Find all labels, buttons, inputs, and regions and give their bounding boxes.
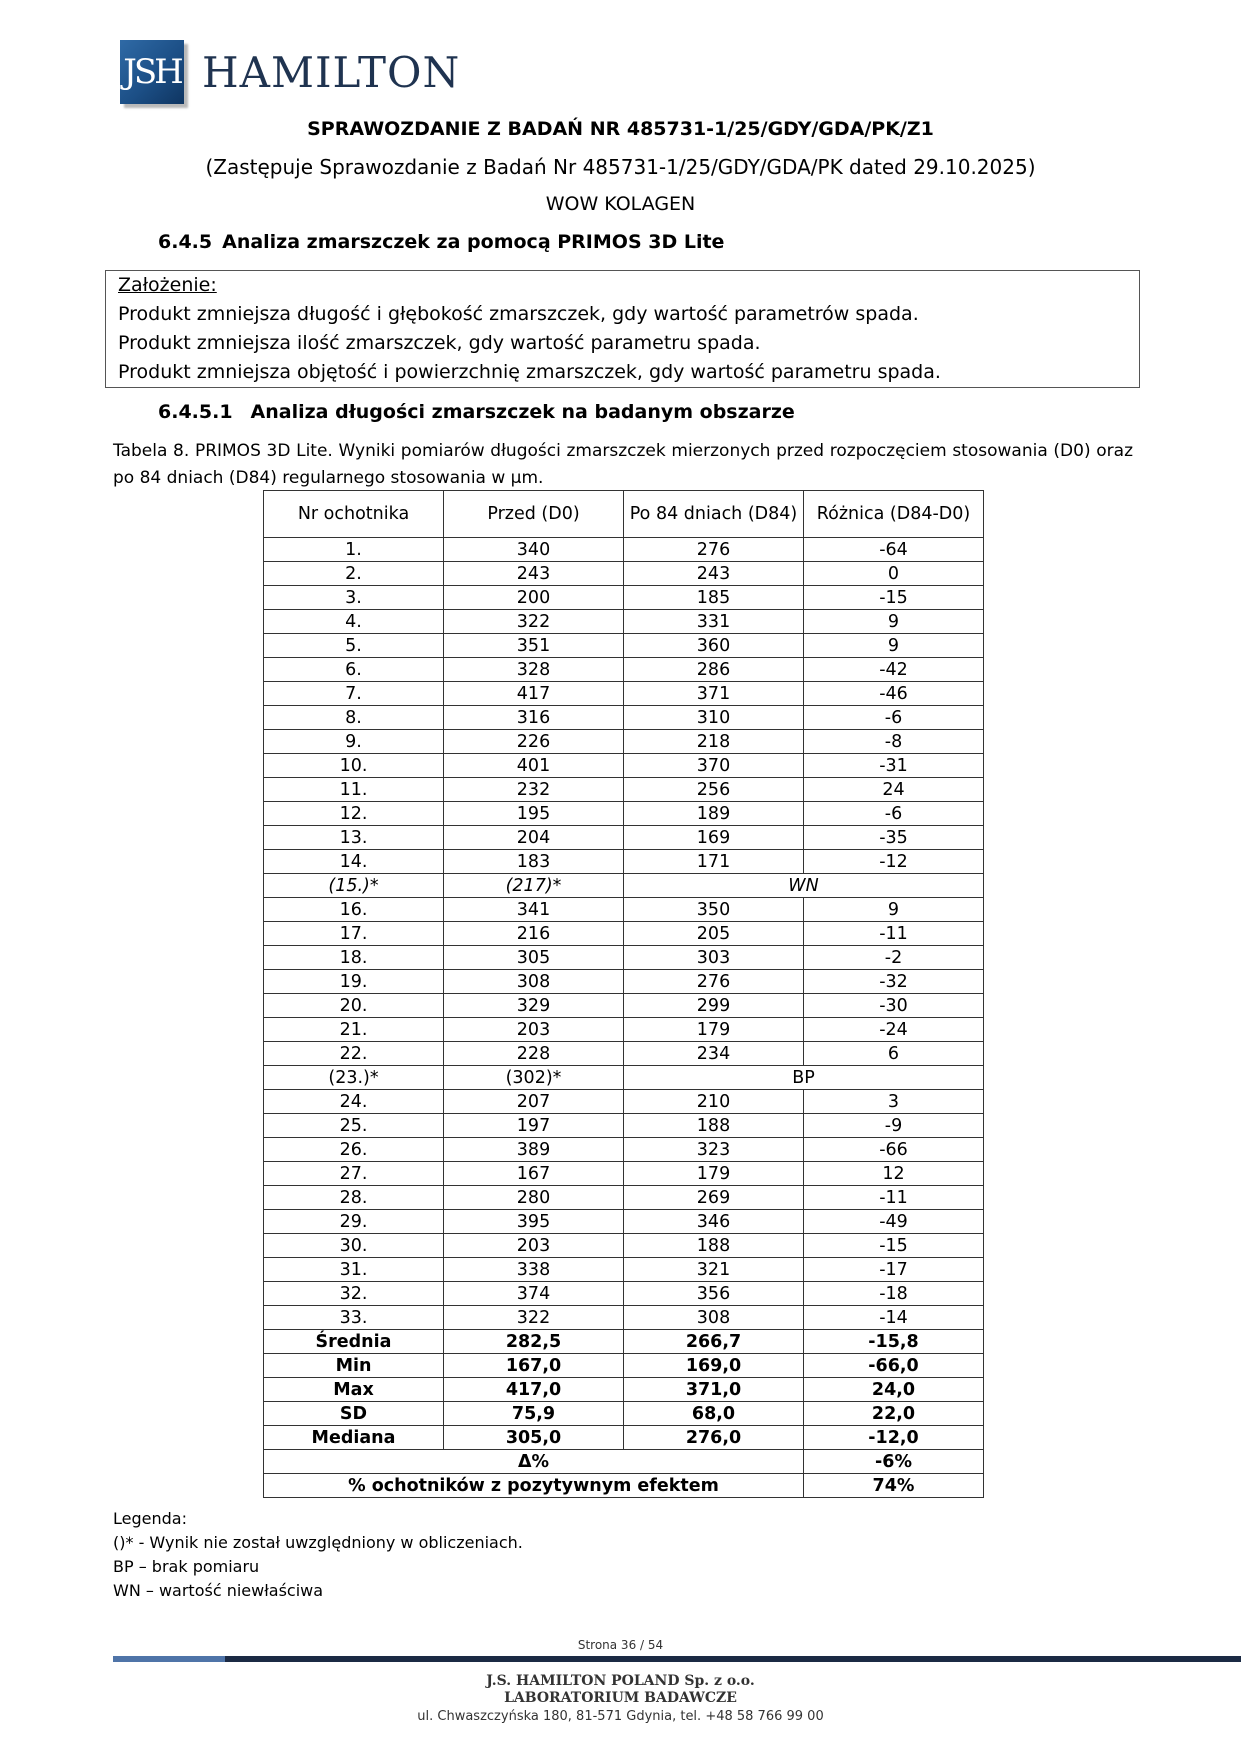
table-cell: 17. xyxy=(264,922,444,946)
table-cell: 269 xyxy=(624,1186,804,1210)
table-cell: 3 xyxy=(804,1090,984,1114)
table-cell: 299 xyxy=(624,994,804,1018)
table-row: 18.305303-2 xyxy=(264,946,984,970)
table-cell: -6 xyxy=(804,802,984,826)
table-row: 1.340276-64 xyxy=(264,538,984,562)
table-cell: 303 xyxy=(624,946,804,970)
logo-name: HAMILTON xyxy=(202,48,460,97)
table-cell: 1. xyxy=(264,538,444,562)
table-cell: 21. xyxy=(264,1018,444,1042)
table-row: 26.389323-66 xyxy=(264,1138,984,1162)
table-row: (23.)*(302)*BP xyxy=(264,1066,984,1090)
table-row: 14.183171-12 xyxy=(264,850,984,874)
table-cell: 12 xyxy=(804,1162,984,1186)
table-cell: 188 xyxy=(624,1114,804,1138)
stats-row: Min167,0169,0-66,0 xyxy=(264,1354,984,1378)
table-cell: -15 xyxy=(804,1234,984,1258)
table-row: 11.23225624 xyxy=(264,778,984,802)
table-cell: 188 xyxy=(624,1234,804,1258)
column-header: Przed (D0) xyxy=(444,491,624,538)
table-row: 24.2072103 xyxy=(264,1090,984,1114)
table-row: 30.203188-15 xyxy=(264,1234,984,1258)
table-cell: -18 xyxy=(804,1282,984,1306)
column-header: Nr ochotnika xyxy=(264,491,444,538)
table-cell: 340 xyxy=(444,538,624,562)
table-cell: 18. xyxy=(264,946,444,970)
table-cell: 197 xyxy=(444,1114,624,1138)
table-cell: -66 xyxy=(804,1138,984,1162)
table-row: 7.417371-46 xyxy=(264,682,984,706)
table-row: 2.2432430 xyxy=(264,562,984,586)
positive-effect-row: % ochotników z pozytywnym efektem74% xyxy=(264,1474,984,1498)
stats-cell: 417,0 xyxy=(444,1378,624,1402)
assumption-label: Założenie: xyxy=(118,271,1139,300)
table-cell: -14 xyxy=(804,1306,984,1330)
table-row: 25.197188-9 xyxy=(264,1114,984,1138)
assumption-line: Produkt zmniejsza objętość i powierzchni… xyxy=(118,358,1139,387)
table-cell: 338 xyxy=(444,1258,624,1282)
table-cell: 371 xyxy=(624,682,804,706)
table-cell: 350 xyxy=(624,898,804,922)
table-row: 13.204169-35 xyxy=(264,826,984,850)
report-title: SPRAWOZDANIE Z BADAŃ NR 485731-1/25/GDY/… xyxy=(0,118,1241,140)
table-cell: 210 xyxy=(624,1090,804,1114)
table-cell: 389 xyxy=(444,1138,624,1162)
table-cell: (217)* xyxy=(444,874,624,898)
table-cell: (23.)* xyxy=(264,1066,444,1090)
table-cell: 167 xyxy=(444,1162,624,1186)
stats-row: SD75,968,022,0 xyxy=(264,1402,984,1426)
table-cell: 0 xyxy=(804,562,984,586)
section-number: 6.4.5 xyxy=(158,231,212,253)
table-cell: 185 xyxy=(624,586,804,610)
stats-cell: SD xyxy=(264,1402,444,1426)
table-cell: 9 xyxy=(804,634,984,658)
subsection-title: Analiza długości zmarszczek na badanym o… xyxy=(251,401,795,423)
positive-effect-row-value: 74% xyxy=(804,1474,984,1498)
product-name: WOW KOLAGEN xyxy=(0,193,1241,215)
table-cell: -11 xyxy=(804,1186,984,1210)
table-row: 8.316310-6 xyxy=(264,706,984,730)
table-cell: 11. xyxy=(264,778,444,802)
table-cell: -9 xyxy=(804,1114,984,1138)
table-row: 19.308276-32 xyxy=(264,970,984,994)
table-cell: 9 xyxy=(804,898,984,922)
table-cell: (302)* xyxy=(444,1066,624,1090)
table-cell: 228 xyxy=(444,1042,624,1066)
excluded-note-cell: WN xyxy=(624,874,984,898)
table-cell: 12. xyxy=(264,802,444,826)
table-row: 32.374356-18 xyxy=(264,1282,984,1306)
table-cell: 370 xyxy=(624,754,804,778)
table-cell: -11 xyxy=(804,922,984,946)
table-row: 6.328286-42 xyxy=(264,658,984,682)
table-cell: 24 xyxy=(804,778,984,802)
table-cell: 346 xyxy=(624,1210,804,1234)
table-cell: 5. xyxy=(264,634,444,658)
table-cell: 232 xyxy=(444,778,624,802)
table-cell: 183 xyxy=(444,850,624,874)
table-cell: 22. xyxy=(264,1042,444,1066)
table-cell: 305 xyxy=(444,946,624,970)
table-cell: -42 xyxy=(804,658,984,682)
lab-name: LABORATORIUM BADAWCZE xyxy=(0,1690,1241,1707)
stats-cell: 22,0 xyxy=(804,1402,984,1426)
stats-cell: -66,0 xyxy=(804,1354,984,1378)
table-row: (15.)*(217)*WN xyxy=(264,874,984,898)
table-cell: -32 xyxy=(804,970,984,994)
legend: Legenda: ()* - Wynik nie został uwzględn… xyxy=(113,1507,523,1603)
table-cell: 195 xyxy=(444,802,624,826)
table-cell: 322 xyxy=(444,1306,624,1330)
table-cell: 3. xyxy=(264,586,444,610)
stats-cell: 276,0 xyxy=(624,1426,804,1450)
footer-divider xyxy=(113,1656,1241,1662)
table-cell: 360 xyxy=(624,634,804,658)
table-cell: 9. xyxy=(264,730,444,754)
stats-cell: 371,0 xyxy=(624,1378,804,1402)
table-row: 4.3223319 xyxy=(264,610,984,634)
table-cell: 2. xyxy=(264,562,444,586)
table-cell: 321 xyxy=(624,1258,804,1282)
table-cell: -12 xyxy=(804,850,984,874)
table-row: 17.216205-11 xyxy=(264,922,984,946)
table-cell: 14. xyxy=(264,850,444,874)
table-cell: 7. xyxy=(264,682,444,706)
assumption-box: Założenie: Produkt zmniejsza długość i g… xyxy=(105,270,1140,388)
assumption-line: Produkt zmniejsza długość i głębokość zm… xyxy=(118,300,1139,329)
table-cell: 6 xyxy=(804,1042,984,1066)
table-cell: 276 xyxy=(624,538,804,562)
table-cell: 243 xyxy=(444,562,624,586)
column-header: Po 84 dniach (D84) xyxy=(624,491,804,538)
table-cell: -35 xyxy=(804,826,984,850)
table-cell: 218 xyxy=(624,730,804,754)
delta-row-label: Δ% xyxy=(264,1450,804,1474)
table-row: 29.395346-49 xyxy=(264,1210,984,1234)
section-heading: 6.4.5Analiza zmarszczek za pomocą PRIMOS… xyxy=(158,231,724,253)
excluded-note-cell: BP xyxy=(624,1066,984,1090)
table-row: 12.195189-6 xyxy=(264,802,984,826)
table-cell: (15.)* xyxy=(264,874,444,898)
table-cell: 276 xyxy=(624,970,804,994)
table-cell: 169 xyxy=(624,826,804,850)
stats-cell: Mediana xyxy=(264,1426,444,1450)
footer-divider-accent xyxy=(113,1656,225,1662)
table-cell: 26. xyxy=(264,1138,444,1162)
table-row: 21.203179-24 xyxy=(264,1018,984,1042)
table-row: 20.329299-30 xyxy=(264,994,984,1018)
table-row: 28.280269-11 xyxy=(264,1186,984,1210)
table-cell: 200 xyxy=(444,586,624,610)
stats-cell: 167,0 xyxy=(444,1354,624,1378)
stats-cell: -15,8 xyxy=(804,1330,984,1354)
table-cell: -15 xyxy=(804,586,984,610)
table-cell: 8. xyxy=(264,706,444,730)
table-cell: 395 xyxy=(444,1210,624,1234)
table-cell: 24. xyxy=(264,1090,444,1114)
delta-row-value: -6% xyxy=(804,1450,984,1474)
table-cell: 256 xyxy=(624,778,804,802)
company-logo: JSH HAMILTON xyxy=(120,40,460,104)
stats-cell: Min xyxy=(264,1354,444,1378)
table-cell: -30 xyxy=(804,994,984,1018)
delta-row: Δ%-6% xyxy=(264,1450,984,1474)
table-cell: 30. xyxy=(264,1234,444,1258)
table-cell: 401 xyxy=(444,754,624,778)
table-cell: 33. xyxy=(264,1306,444,1330)
legend-item: WN – wartość niewłaściwa xyxy=(113,1579,523,1603)
table-row: 27.16717912 xyxy=(264,1162,984,1186)
section-title: Analiza zmarszczek za pomocą PRIMOS 3D L… xyxy=(222,231,724,253)
table-header-row: Nr ochotnika Przed (D0) Po 84 dniach (D8… xyxy=(264,491,984,538)
company-name: J.S. HAMILTON POLAND Sp. z o.o. xyxy=(0,1673,1241,1690)
subsection-number: 6.4.5.1 xyxy=(158,401,233,423)
legend-item: BP – brak pomiaru xyxy=(113,1555,523,1579)
table-cell: 316 xyxy=(444,706,624,730)
table-cell: -6 xyxy=(804,706,984,730)
table-cell: 308 xyxy=(624,1306,804,1330)
stats-cell: Średnia xyxy=(264,1330,444,1354)
table-cell: 286 xyxy=(624,658,804,682)
table-cell: 10. xyxy=(264,754,444,778)
results-table: Nr ochotnika Przed (D0) Po 84 dniach (D8… xyxy=(263,490,984,1498)
table-cell: 29. xyxy=(264,1210,444,1234)
table-cell: -2 xyxy=(804,946,984,970)
table-cell: 356 xyxy=(624,1282,804,1306)
footer-company: J.S. HAMILTON POLAND Sp. z o.o. LABORATO… xyxy=(0,1673,1241,1707)
table-cell: 310 xyxy=(624,706,804,730)
logo-mark: JSH xyxy=(120,40,184,104)
table-cell: 31. xyxy=(264,1258,444,1282)
table-cell: -17 xyxy=(804,1258,984,1282)
table-cell: 13. xyxy=(264,826,444,850)
table-row: 31.338321-17 xyxy=(264,1258,984,1282)
table-cell: 341 xyxy=(444,898,624,922)
stats-cell: 68,0 xyxy=(624,1402,804,1426)
stats-row: Max417,0371,024,0 xyxy=(264,1378,984,1402)
stats-cell: 282,5 xyxy=(444,1330,624,1354)
legend-item: ()* - Wynik nie został uwzględniony w ob… xyxy=(113,1531,523,1555)
stats-cell: 24,0 xyxy=(804,1378,984,1402)
table-cell: 19. xyxy=(264,970,444,994)
table-cell: -49 xyxy=(804,1210,984,1234)
stats-cell: 75,9 xyxy=(444,1402,624,1426)
stats-cell: -12,0 xyxy=(804,1426,984,1450)
table-cell: 374 xyxy=(444,1282,624,1306)
table-cell: 189 xyxy=(624,802,804,826)
table-cell: 204 xyxy=(444,826,624,850)
table-cell: 322 xyxy=(444,610,624,634)
table-cell: 234 xyxy=(624,1042,804,1066)
stats-cell: 305,0 xyxy=(444,1426,624,1450)
table-cell: 331 xyxy=(624,610,804,634)
table-row: 33.322308-14 xyxy=(264,1306,984,1330)
footer-address: ul. Chwaszczyńska 180, 81-571 Gdynia, te… xyxy=(0,1709,1241,1724)
table-cell: 328 xyxy=(444,658,624,682)
stats-row: Mediana305,0276,0-12,0 xyxy=(264,1426,984,1450)
table-cell: -31 xyxy=(804,754,984,778)
table-cell: 329 xyxy=(444,994,624,1018)
table-cell: 280 xyxy=(444,1186,624,1210)
table-cell: 203 xyxy=(444,1018,624,1042)
table-cell: 226 xyxy=(444,730,624,754)
table-row: 16.3413509 xyxy=(264,898,984,922)
table-cell: 179 xyxy=(624,1018,804,1042)
table-cell: 207 xyxy=(444,1090,624,1114)
table-cell: -46 xyxy=(804,682,984,706)
table-cell: 308 xyxy=(444,970,624,994)
table-cell: 179 xyxy=(624,1162,804,1186)
page-number: Strona 36 / 54 xyxy=(0,1638,1241,1652)
assumption-line: Produkt zmniejsza ilość zmarszczek, gdy … xyxy=(118,329,1139,358)
report-subtitle: (Zastępuje Sprawozdanie z Badań Nr 48573… xyxy=(0,155,1241,179)
table-cell: 243 xyxy=(624,562,804,586)
table-cell: 25. xyxy=(264,1114,444,1138)
stats-cell: 169,0 xyxy=(624,1354,804,1378)
positive-effect-row-label: % ochotników z pozytywnym efektem xyxy=(264,1474,804,1498)
table-cell: 205 xyxy=(624,922,804,946)
table-cell: 171 xyxy=(624,850,804,874)
table-row: 3.200185-15 xyxy=(264,586,984,610)
table-row: 22.2282346 xyxy=(264,1042,984,1066)
table-row: 5.3513609 xyxy=(264,634,984,658)
stats-cell: Max xyxy=(264,1378,444,1402)
table-cell: 28. xyxy=(264,1186,444,1210)
table-cell: 6. xyxy=(264,658,444,682)
table-cell: 216 xyxy=(444,922,624,946)
table-cell: 4. xyxy=(264,610,444,634)
stats-row: Średnia282,5266,7-15,8 xyxy=(264,1330,984,1354)
table-cell: 9 xyxy=(804,610,984,634)
column-header: Różnica (D84-D0) xyxy=(804,491,984,538)
table-cell: 323 xyxy=(624,1138,804,1162)
stats-cell: 266,7 xyxy=(624,1330,804,1354)
table-cell: 32. xyxy=(264,1282,444,1306)
table-cell: 417 xyxy=(444,682,624,706)
table-cell: 16. xyxy=(264,898,444,922)
table-cell: -64 xyxy=(804,538,984,562)
table-cell: -24 xyxy=(804,1018,984,1042)
table-row: 10.401370-31 xyxy=(264,754,984,778)
table-caption: Tabela 8. PRIMOS 3D Lite. Wyniki pomiaró… xyxy=(113,438,1133,492)
table-cell: 20. xyxy=(264,994,444,1018)
table-cell: 27. xyxy=(264,1162,444,1186)
table-row: 9.226218-8 xyxy=(264,730,984,754)
table-cell: 203 xyxy=(444,1234,624,1258)
legend-title: Legenda: xyxy=(113,1507,523,1531)
table-cell: 351 xyxy=(444,634,624,658)
table-cell: -8 xyxy=(804,730,984,754)
subsection-heading: 6.4.5.1Analiza długości zmarszczek na ba… xyxy=(158,401,795,423)
